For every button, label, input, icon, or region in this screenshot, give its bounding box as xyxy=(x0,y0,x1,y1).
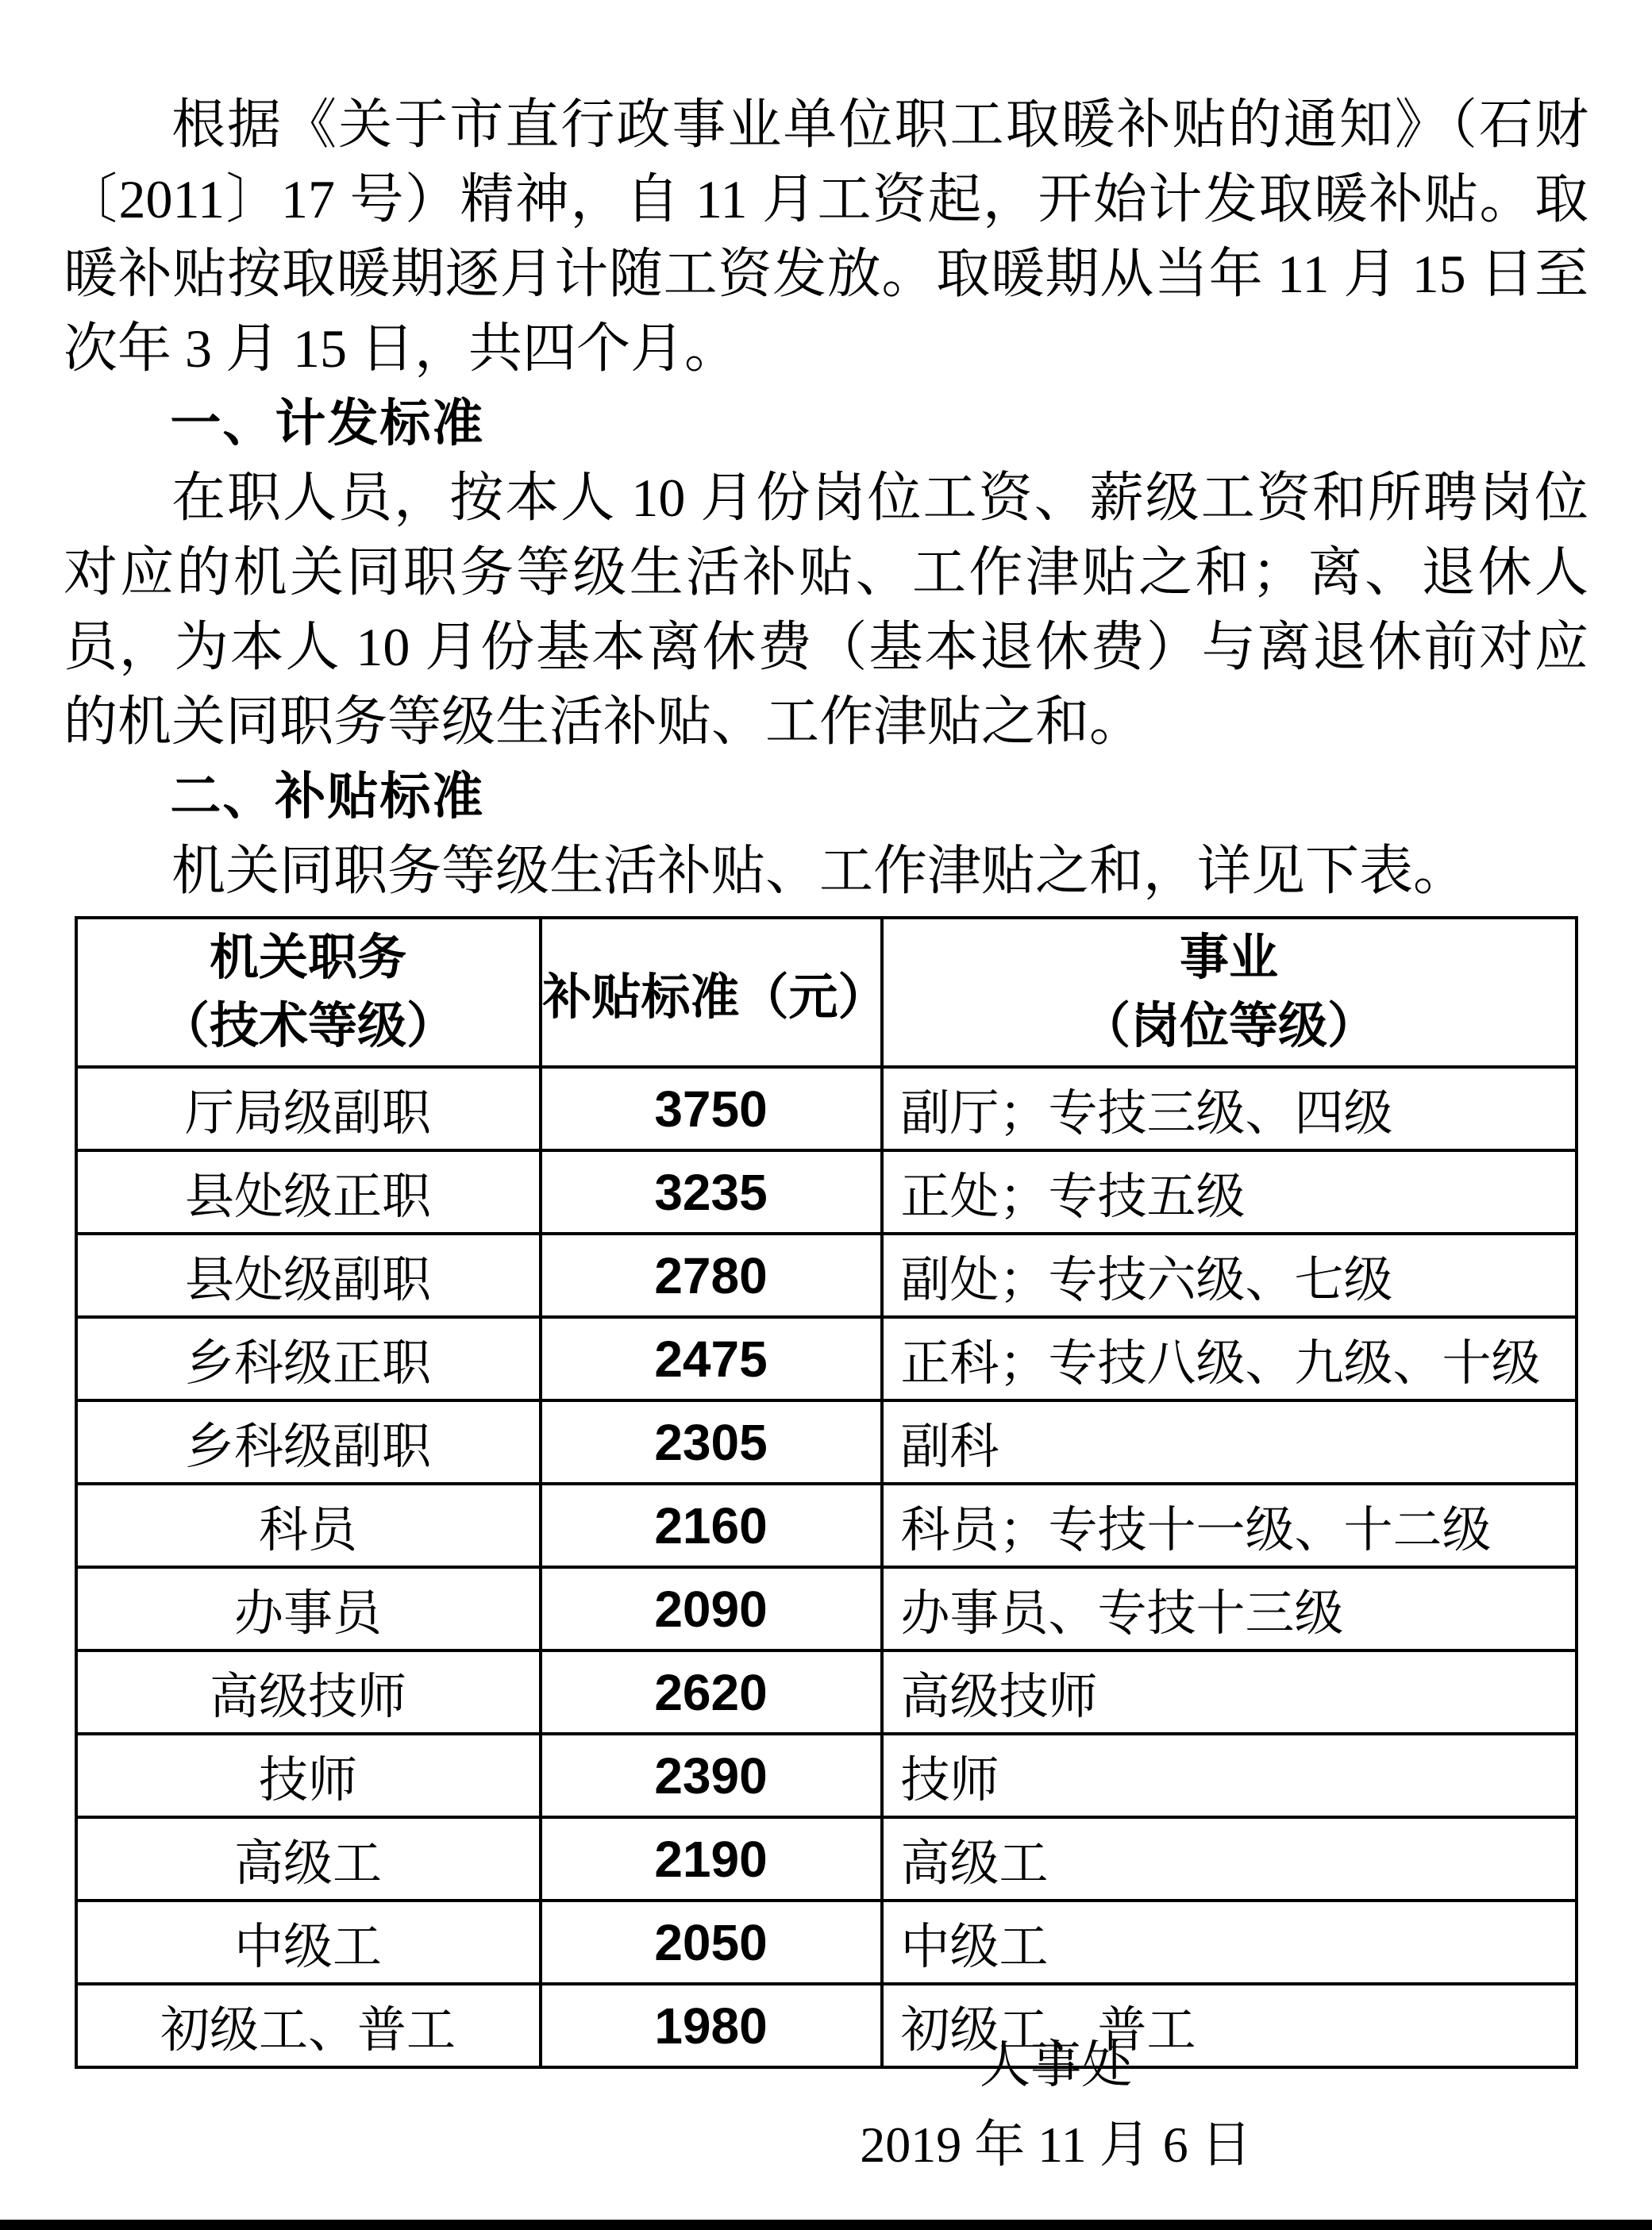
subsidy-table: 机关职务 （技术等级） 补贴标准（元） 事业 （岗位等级） 厅局级副职 3750… xyxy=(75,916,1578,2069)
cell-institution: 正处；专技五级 xyxy=(882,1150,1577,1234)
col-header-organ-position: 机关职务 （技术等级） xyxy=(76,918,541,1067)
cell-institution: 办事员、专技十三级 xyxy=(882,1567,1577,1650)
cell-position: 县处级正职 xyxy=(76,1150,541,1234)
cell-institution: 高级技师 xyxy=(882,1650,1577,1734)
cell-institution: 技师 xyxy=(882,1734,1577,1817)
table-row: 县处级正职 3235 正处；专技五级 xyxy=(76,1150,1577,1234)
table-row: 办事员 2090 办事员、专技十三级 xyxy=(76,1567,1577,1650)
document-page: 根据《关于市直行政事业单位职工取暖补贴的通知》（石财〔2011〕17 号）精神，… xyxy=(0,0,1652,2230)
cell-amount: 2305 xyxy=(541,1400,882,1484)
cell-amount: 3235 xyxy=(541,1150,882,1234)
table-header-row: 机关职务 （技术等级） 补贴标准（元） 事业 （岗位等级） xyxy=(76,918,1577,1067)
cell-amount: 2090 xyxy=(541,1567,882,1650)
cell-position: 乡科级正职 xyxy=(76,1317,541,1400)
signature-department: 人事处 xyxy=(794,2026,1318,2105)
table-row: 高级工 2190 高级工 xyxy=(76,1817,1577,1901)
cell-amount: 2620 xyxy=(541,1650,882,1734)
header-line: 事业 xyxy=(884,924,1574,992)
table-row: 乡科级正职 2475 正科；专技八级、九级、十级 xyxy=(76,1317,1577,1400)
cell-institution: 正科；专技八级、九级、十级 xyxy=(882,1317,1577,1400)
cell-position: 中级工 xyxy=(76,1901,541,1984)
cell-institution: 中级工 xyxy=(882,1901,1577,1984)
col-header-subsidy-standard: 补贴标准（元） xyxy=(541,918,882,1067)
table-row: 中级工 2050 中级工 xyxy=(76,1901,1577,1984)
table-row: 县处级副职 2780 副处；专技六级、七级 xyxy=(76,1234,1577,1317)
cell-amount: 2190 xyxy=(541,1817,882,1901)
table-row: 技师 2390 技师 xyxy=(76,1734,1577,1817)
cell-position: 技师 xyxy=(76,1734,541,1817)
cell-position: 厅局级副职 xyxy=(76,1067,541,1150)
document-body: 根据《关于市直行政事业单位职工取暖补贴的通知》（石财〔2011〕17 号）精神，… xyxy=(64,87,1588,2069)
cell-amount: 2390 xyxy=(541,1734,882,1817)
scan-edge-artifact xyxy=(0,2220,1652,2230)
cell-position: 初级工、普工 xyxy=(76,1984,541,2067)
cell-position: 办事员 xyxy=(76,1567,541,1650)
cell-institution: 副厅；专技三级、四级 xyxy=(882,1067,1577,1150)
cell-amount: 3750 xyxy=(541,1067,882,1150)
cell-amount: 2050 xyxy=(541,1901,882,1984)
cell-institution: 高级工 xyxy=(882,1817,1577,1901)
signature-date: 2019 年 11 月 6 日 xyxy=(794,2105,1318,2185)
cell-position: 高级技师 xyxy=(76,1650,541,1734)
table-row: 高级技师 2620 高级技师 xyxy=(76,1650,1577,1734)
table-row: 乡科级副职 2305 副科 xyxy=(76,1400,1577,1484)
header-line: （技术等级） xyxy=(79,992,538,1061)
cell-amount: 2160 xyxy=(541,1484,882,1567)
header-line: 机关职务 xyxy=(79,924,538,992)
section1-paragraph: 在职人员，按本人 10 月份岗位工资、薪级工资和所聘岗位对应的机关同职务等级生活… xyxy=(64,460,1588,759)
cell-institution: 科员；专技十一级、十二级 xyxy=(882,1484,1577,1567)
section1-heading: 一、计发标准 xyxy=(64,386,1588,460)
cell-institution: 副处；专技六级、七级 xyxy=(882,1234,1577,1317)
cell-position: 科员 xyxy=(76,1484,541,1567)
cell-amount: 2780 xyxy=(541,1234,882,1317)
col-header-institution: 事业 （岗位等级） xyxy=(882,918,1577,1067)
table-row: 厅局级副职 3750 副厅；专技三级、四级 xyxy=(76,1067,1577,1150)
cell-position: 乡科级副职 xyxy=(76,1400,541,1484)
cell-amount: 2475 xyxy=(541,1317,882,1400)
cell-position: 高级工 xyxy=(76,1817,541,1901)
cell-position: 县处级副职 xyxy=(76,1234,541,1317)
section2-heading: 二、补贴标准 xyxy=(64,759,1588,834)
cell-institution: 副科 xyxy=(882,1400,1577,1484)
header-line: （岗位等级） xyxy=(884,992,1574,1061)
section2-paragraph: 机关同职务等级生活补贴、工作津贴之和，详见下表。 xyxy=(64,834,1588,908)
intro-paragraph: 根据《关于市直行政事业单位职工取暖补贴的通知》（石财〔2011〕17 号）精神，… xyxy=(64,87,1588,386)
table-row: 科员 2160 科员；专技十一级、十二级 xyxy=(76,1484,1577,1567)
signature-block: 人事处 2019 年 11 月 6 日 xyxy=(794,2026,1318,2185)
